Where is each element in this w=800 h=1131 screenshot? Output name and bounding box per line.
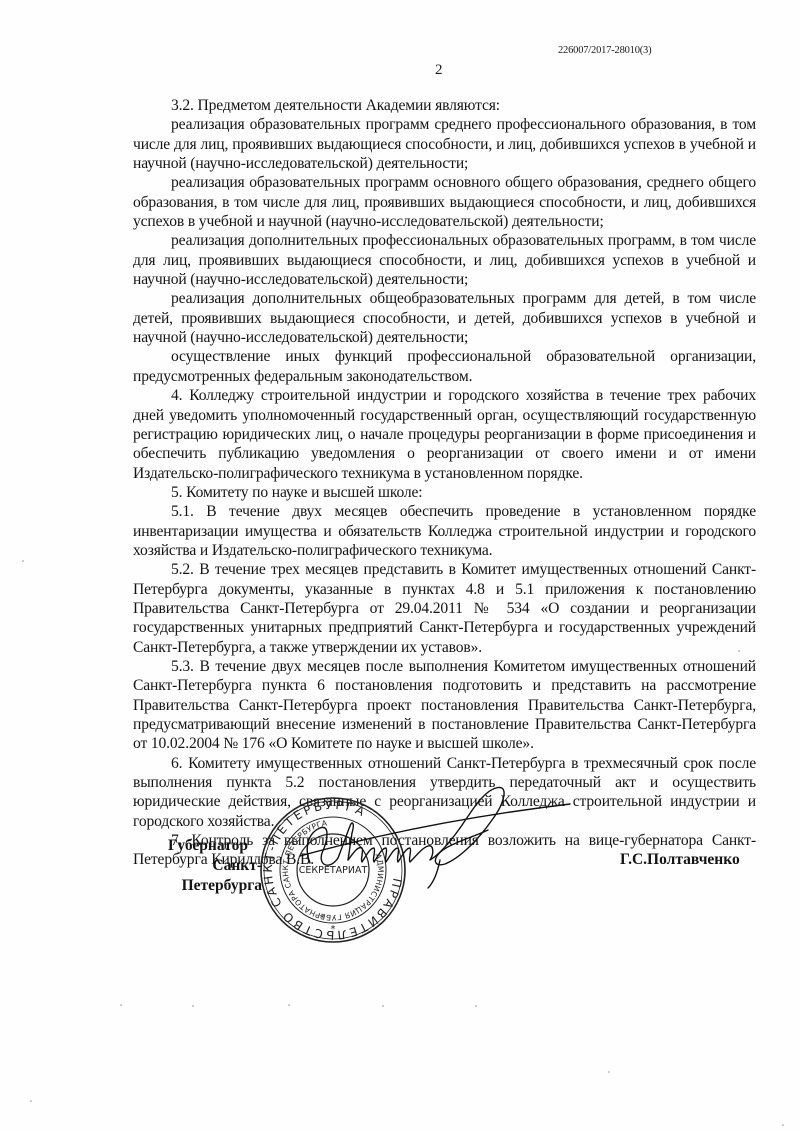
paragraph-3-2-heading: 3.2. Предметом деятельности Академии явл… [133,96,756,115]
paragraph-5-2: 5.2. В течение трех месяцев представить … [133,560,756,657]
paragraph-activity-1: реализация образовательных программ сред… [133,115,756,173]
scan-speck [782,1124,784,1126]
scan-speck [382,1005,384,1007]
paragraph-4: 4. Колледжу строительной индустрии и гор… [133,386,756,483]
scan-speck [192,1005,194,1007]
document-reference-number: 226007/2017-28010(3) [558,45,651,56]
scan-speck [738,650,740,652]
paragraph-6: 6. Комитету имущественных отношений Санк… [133,754,756,831]
paragraph-5-1: 5.1. В течение двух месяцев обеспечить п… [133,502,756,560]
paragraph-activity-2: реализация образовательных программ осно… [133,173,756,231]
scan-speck [475,1005,477,1007]
stamp-star-icon: * [320,913,325,924]
page-number: 2 [435,62,443,79]
paragraph-activity-4: реализация дополнительных общеобразовате… [133,289,756,347]
scan-speck [30,1100,32,1102]
scan-speck [120,1004,122,1006]
paragraph-activity-5: осуществление иных функций профессиональ… [133,347,756,386]
scan-speck [288,1004,290,1006]
document-page: 226007/2017-28010(3) 2 3.2. Предметом де… [0,0,800,1131]
document-body: 3.2. Предметом деятельности Академии явл… [133,96,756,870]
paragraph-5-3: 5.3. В течение двух месяцев после выполн… [133,657,756,754]
paragraph-activity-3: реализация дополнительных профессиональн… [133,231,756,289]
scan-speck [608,1071,610,1073]
paragraph-5: 5. Комитету по науке и высшей школе: [133,483,756,502]
stamp-star-icon-2: * [331,924,336,935]
paragraph-7: 7. Контроль за выполнением постановления… [133,831,756,870]
scan-speck [22,560,24,562]
